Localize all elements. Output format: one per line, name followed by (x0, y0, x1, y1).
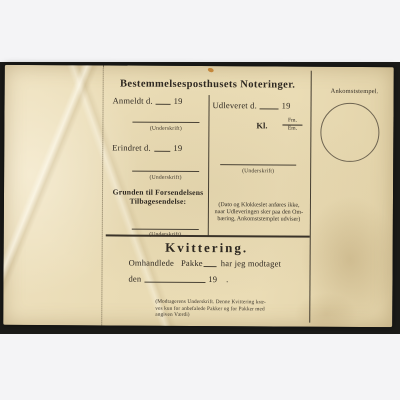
underskrift-label: (Underskrift) (220, 168, 296, 174)
erindret-blank-line (154, 150, 171, 152)
erindret-year: 19 (173, 143, 182, 153)
fm-em-fraction: Fm. Em. (282, 118, 302, 132)
udleveret-label: Udleveret d. (213, 100, 257, 110)
delivery-note-line3: bæring, Ankomststemplet udviser) (210, 216, 308, 224)
underskrift-label: (Underskrift) (132, 232, 199, 238)
signature-line (220, 164, 296, 165)
stamp-section-divider (309, 71, 312, 323)
den-period: . (226, 274, 228, 284)
anmeldt-label: Anmeldt d. (113, 95, 153, 105)
grunden-heading: Grunden til Forsendelsens Tilbagesendels… (108, 187, 208, 206)
fm-label: Fm. (282, 118, 302, 126)
den-label: den (128, 274, 141, 284)
erindret-row: Erindret d. 19 (112, 142, 182, 152)
fineprint-line3: angiven Værdi) (155, 312, 307, 320)
receipt-heading: Kvittering. (103, 239, 311, 256)
udleveret-year: 19 (282, 101, 291, 111)
stain-speck (207, 67, 214, 73)
signature-line (132, 229, 199, 230)
photo-frame: Bestemmelsesposthusets Noteringer. Anmel… (0, 62, 400, 334)
erindret-label: Erindret d. (112, 142, 151, 152)
perforation-line (101, 65, 104, 325)
receipt-word-omhandlede: Omhandlede (129, 258, 174, 268)
pakke-blank-line (204, 265, 217, 267)
underskrift-label: (Underskrift) (132, 175, 199, 181)
em-label: Em. (282, 125, 302, 132)
anmeldt-blank-line (156, 103, 171, 105)
stamp-label: Ankomststempel. (312, 88, 398, 96)
grunden-line2: Tilbagesendelse: (108, 196, 208, 206)
den-blank-line (144, 281, 205, 283)
arrival-stamp-circle (320, 103, 379, 162)
underskrift-label: (Underskrift) (132, 126, 199, 132)
anmeldt-row: Anmeldt d. 19 (113, 95, 183, 105)
den-year: 19 (208, 274, 217, 284)
receipt-fineprint: (Modtagerens Underskrift. Denne Kvitteri… (155, 299, 307, 320)
form-title: Bestemmelsesposthusets Noteringer. (104, 78, 312, 90)
anmeldt-year: 19 (174, 96, 183, 106)
kl-label: Kl. (256, 120, 267, 130)
den-row: den 19 . (128, 274, 228, 285)
signature-line (132, 122, 199, 123)
receipt-line-rest: har jeg modtaget (221, 258, 281, 268)
signature-line (132, 171, 199, 172)
receipt-word-pakke: Pakke (181, 258, 203, 268)
grunden-line1: Grunden til Forsendelsens (108, 187, 208, 197)
udleveret-blank-line (260, 107, 279, 109)
udleveret-row: Udleveret d. 19 (213, 100, 291, 110)
parcel-card-back: Bestemmelsesposthusets Noteringer. Anmel… (3, 65, 394, 327)
receipt-line: Omhandlede Pakke har jeg modtaget (129, 258, 291, 269)
delivery-note: (Dato og Klokkeslet anføres ikke, naar U… (210, 202, 308, 224)
